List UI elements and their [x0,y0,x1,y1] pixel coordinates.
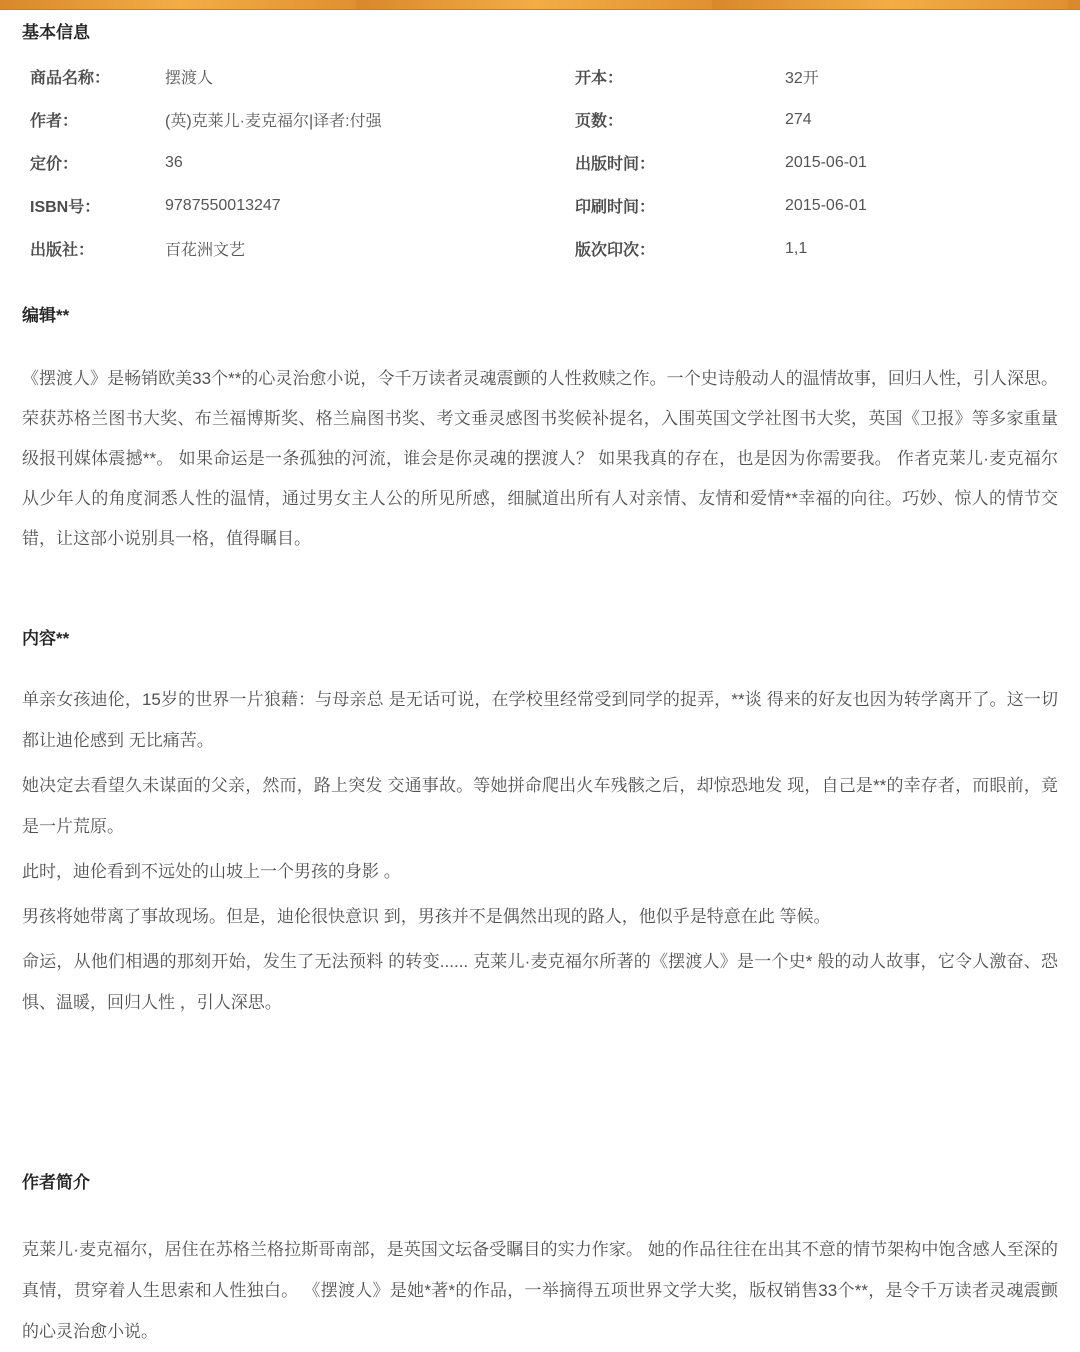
section-editor-recommendation: 编辑** 《摆渡人》是畅销欧美33个**的心灵治愈小说，令千万读者灵魂震颤的人性… [22,270,1058,559]
info-row-publisher: 出版社： 百花洲文艺 [22,227,575,270]
print-date-label: 印刷时间： [575,194,785,217]
content-summary-title: 内容** [22,559,1058,649]
basic-info-right-column: 开本： 32开 页数： 274 出版时间： 2015-06-01 印刷时间： 2… [575,55,1058,270]
isbn-value: 9787550013247 [165,197,281,215]
info-row-author: 作者： (英)克莱儿·麦克福尔|译者:付强 [22,98,575,141]
format-label: 开本： [575,65,785,88]
editor-recommendation-title: 编辑** [22,270,1058,326]
section-author-bio: 作者简介 克莱儿·麦克福尔，居住在苏格兰格拉斯哥南部，是英国文坛备受瞩目的实力作… [22,1023,1058,1352]
author-value: (英)克莱儿·麦克福尔|译者:付强 [165,108,382,131]
top-accent-bar [0,0,1080,10]
edition-label: 版次印次： [575,237,785,260]
product-name-label: 商品名称： [30,65,165,88]
info-row-format: 开本： 32开 [575,55,1058,98]
content-paragraph: 单亲女孩迪伦，15岁的世界一片狼藉：与母亲总 是无话可说，在学校里经常受到同学的… [22,679,1058,761]
info-row-pages: 页数： 274 [575,98,1058,141]
section-content-summary: 内容** 单亲女孩迪伦，15岁的世界一片狼藉：与母亲总 是无话可说，在学校里经常… [22,559,1058,1023]
info-row-print-date: 印刷时间： 2015-06-01 [575,184,1058,227]
edition-value: 1,1 [785,240,807,258]
publisher-value: 百花洲文艺 [165,237,245,260]
isbn-label: ISBN号： [30,194,165,217]
author-bio-title: 作者简介 [22,1023,1058,1193]
content-summary-paragraphs: 单亲女孩迪伦，15岁的世界一片狼藉：与母亲总 是无话可说，在学校里经常受到同学的… [22,679,1058,1023]
info-row-edition: 版次印次： 1,1 [575,227,1058,270]
author-label: 作者： [30,108,165,131]
author-bio-text: 克莱儿·麦克福尔，居住在苏格兰格拉斯哥南部，是英国文坛备受瞩目的实力作家。 她的… [22,1229,1058,1352]
price-value: 36 [165,154,183,172]
pages-value: 274 [785,111,812,129]
basic-info-table: 商品名称： 摆渡人 作者： (英)克莱儿·麦克福尔|译者:付强 定价： 36 I… [22,55,1058,270]
section-basic-info: 基本信息 商品名称： 摆渡人 作者： (英)克莱儿·麦克福尔|译者:付强 定价：… [22,10,1058,270]
publish-date-value: 2015-06-01 [785,154,867,172]
product-name-value: 摆渡人 [165,65,213,88]
basic-info-left-column: 商品名称： 摆渡人 作者： (英)克莱儿·麦克福尔|译者:付强 定价： 36 I… [22,55,575,270]
content-paragraph: 她决定去看望久未谋面的父亲，然而，路上突发 交通事故。等她拼命爬出火车残骸之后，… [22,765,1058,847]
editor-recommendation-text: 《摆渡人》是畅销欧美33个**的心灵治愈小说，令千万读者灵魂震颤的人性救赎之作。… [22,359,1058,559]
format-value: 32开 [785,65,819,88]
info-row-publish-date: 出版时间： 2015-06-01 [575,141,1058,184]
info-row-isbn: ISBN号： 9787550013247 [22,184,575,227]
content-paragraph: 男孩将她带离了事故现场。但是，迪伦很快意识 到，男孩并不是偶然出现的路人，他似乎… [22,896,1058,937]
content-paragraph: 此时，迪伦看到不远处的山坡上一个男孩的身影 。 [22,851,1058,892]
content-paragraph: 命运，从他们相遇的那刻开始，发生了无法预料 的转变...... 克莱儿·麦克福尔… [22,941,1058,1023]
pages-label: 页数： [575,108,785,131]
price-label: 定价： [30,151,165,174]
book-detail-page: 基本信息 商品名称： 摆渡人 作者： (英)克莱儿·麦克福尔|译者:付强 定价：… [0,10,1080,1352]
info-row-product-name: 商品名称： 摆渡人 [22,55,575,98]
publisher-label: 出版社： [30,237,165,260]
print-date-value: 2015-06-01 [785,197,867,215]
basic-info-title: 基本信息 [22,10,1058,43]
publish-date-label: 出版时间： [575,151,785,174]
info-row-price: 定价： 36 [22,141,575,184]
